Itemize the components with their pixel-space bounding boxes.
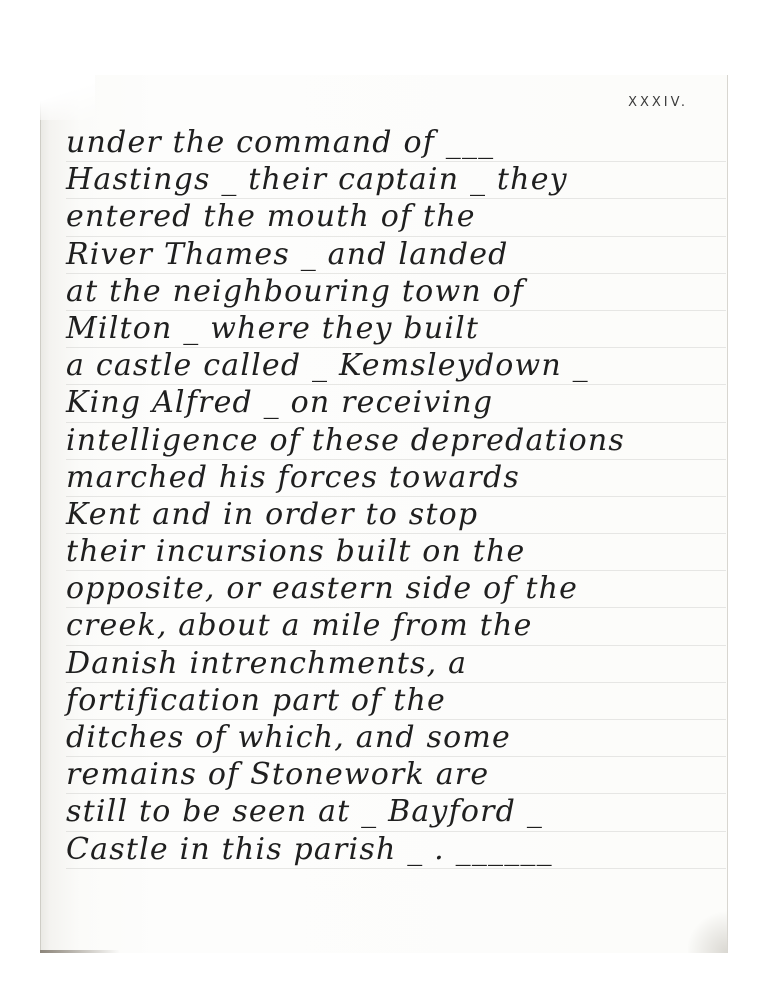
- text-line: still to be seen at _ Bayford _: [66, 794, 726, 831]
- handwritten-text-block: under the command of ___ Hastings _ thei…: [66, 125, 726, 869]
- text-line: marched his forces towards: [66, 460, 726, 497]
- text-line: their incursions built on the: [66, 534, 726, 571]
- text-line: under the command of ___: [66, 125, 726, 162]
- manuscript-page: XXXIV. under the command of ___ Hastings…: [40, 75, 728, 953]
- text-line: intelligence of these depredations: [66, 423, 726, 460]
- text-line: at the neighbouring town of: [66, 274, 726, 311]
- text-line: ditches of which, and some: [66, 720, 726, 757]
- text-line: remains of Stonework are: [66, 757, 726, 794]
- text-line: entered the mouth of the: [66, 199, 726, 236]
- page-corner-shadow: [688, 908, 728, 953]
- text-line: creek, about a mile from the: [66, 608, 726, 645]
- text-line: fortification part of the: [66, 683, 726, 720]
- text-line: Milton _ where they built: [66, 311, 726, 348]
- text-line: River Thames _ and landed: [66, 237, 726, 274]
- text-line: opposite, or eastern side of the: [66, 571, 726, 608]
- text-line: King Alfred _ on receiving: [66, 385, 726, 422]
- text-line: Hastings _ their captain _ they: [66, 162, 726, 199]
- text-line: Castle in this parish _ . ______: [66, 832, 726, 869]
- page-number: XXXIV.: [628, 95, 688, 110]
- text-line: Danish intrenchments, a: [66, 646, 726, 683]
- text-line: a castle called _ Kemsleydown _: [66, 348, 726, 385]
- text-line: Kent and in order to stop: [66, 497, 726, 534]
